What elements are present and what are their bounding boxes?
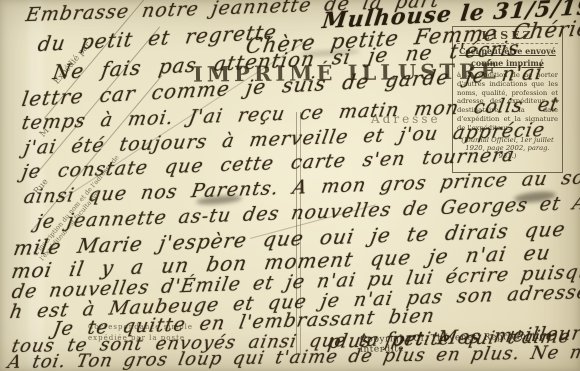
- postcard-back: Expédié par M Rue L'inscription du nom e…: [0, 0, 580, 371]
